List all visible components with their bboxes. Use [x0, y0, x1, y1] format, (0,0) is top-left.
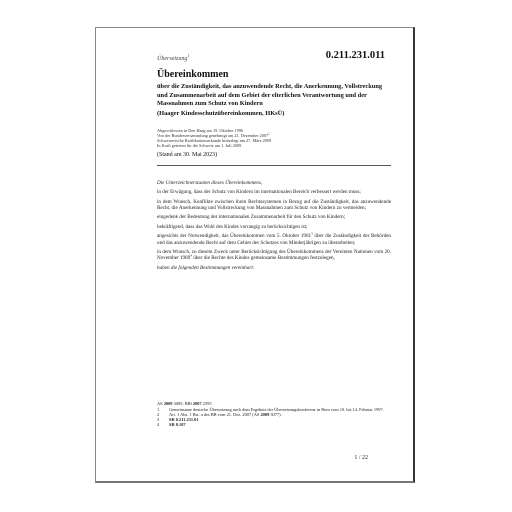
sr-link[interactable]: SR 0.107: [169, 422, 391, 427]
footnotes: AS 2009 3085; BBl 2007 2595 1 Gemeinsame…: [157, 401, 391, 427]
preamble-paragraph: in dem Wunsch, Konflikte zwischen ihren …: [157, 199, 391, 212]
translation-label: Übersetzung1: [157, 56, 189, 62]
document-page: Übersetzung1 0.211.231.011 Übereinkommen…: [95, 27, 415, 483]
sr-number: 0.211.231.011: [326, 50, 385, 61]
document-title: Übereinkommen: [157, 69, 228, 80]
footnote-header: AS 2009 3085; BBl 2007 2595: [157, 401, 391, 406]
footnote: 4 SR 0.107: [157, 422, 391, 427]
page-number: 1 / 22: [354, 455, 368, 461]
preamble-paragraph: in der Erwägung, dass der Schutz von Kin…: [157, 189, 391, 195]
divider: [157, 165, 391, 166]
status-date: (Stand am 30. Mai 2023): [157, 152, 217, 158]
preamble-paragraph: angesichts der Notwendigkeit, das Überei…: [157, 233, 391, 246]
document-short-title: (Haager Kindesschutzübereinkommen, HKsÜ): [157, 110, 284, 117]
preamble: Die Unterzeichnerstaaten dieses Übereink…: [157, 180, 391, 274]
preamble-paragraph: bekräftigend, dass das Wohl des Kindes v…: [157, 224, 391, 230]
preamble-intro: Die Unterzeichnerstaaten dieses Übereink…: [157, 180, 391, 186]
document-history: Abgeschlossen in Den Haag am 19. Oktober…: [157, 129, 271, 149]
preamble-paragraph: in dem Wunsch, zu diesem Zweck unter Ber…: [157, 249, 391, 262]
preamble-closing: haben die folgenden Bestimmungen vereinb…: [157, 265, 391, 271]
history-line: In Kraft getreten für die Schweiz am 1. …: [157, 144, 271, 149]
preamble-paragraph: eingedenk der Bedeutung der internationa…: [157, 214, 391, 220]
document-subtitle: über die Zuständigkeit, das anzuwendende…: [157, 83, 387, 109]
